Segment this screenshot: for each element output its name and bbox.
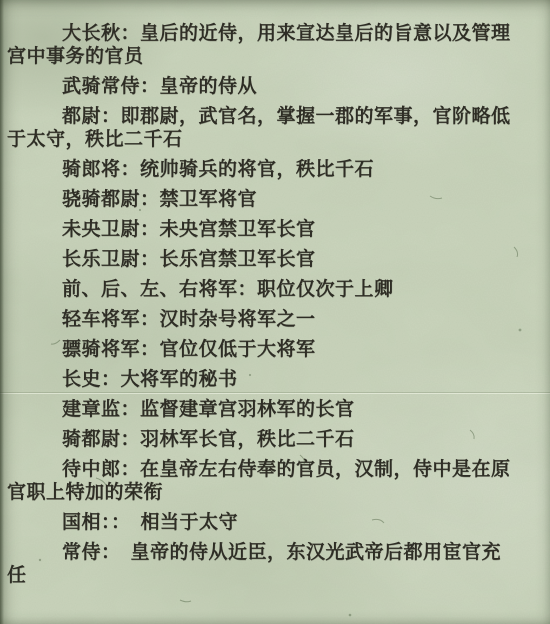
glossary-entry: 待中郎：在皇帝左右侍奉的官员，汉制，侍中是在原 官职上特加的荣衔 xyxy=(7,458,524,504)
glossary-entry: 未央卫尉：未央宫禁卫军长官 xyxy=(7,218,524,241)
glossary-entry: 长史：大将军的秘书 xyxy=(7,368,524,391)
paper-page: 大长秋：皇后的近侍，用来宣达皇后的旨意以及管理 宫中事务的官员 武骑常侍：皇帝的… xyxy=(0,0,550,624)
glossary-entry: 骁骑都尉：禁卫军将官 xyxy=(7,188,524,211)
glossary-entry: 骠骑将军：官位仅低于大将军 xyxy=(7,338,524,361)
glossary-entry: 骑都尉：羽林军长官，秩比二千石 xyxy=(7,428,524,451)
glossary-entry: 长乐卫尉：长乐宫禁卫军长官 xyxy=(7,248,524,271)
glossary-entry: 国相：： 相当于太守 xyxy=(7,511,524,534)
glossary-entry: 大长秋：皇后的近侍，用来宣达皇后的旨意以及管理 宫中事务的官员 xyxy=(7,22,524,68)
glossary-entry: 都尉：即郡尉，武官名，掌握一郡的军事，官阶略低 于太守，秩比二千石 xyxy=(7,105,524,151)
glossary-entry: 轻车将军：汉时杂号将军之一 xyxy=(7,308,524,331)
glossary-entry: 武骑常侍：皇帝的侍从 xyxy=(7,75,524,98)
glossary-entry: 前、后、左、右将军：职位仅次于上卿 xyxy=(7,278,524,301)
glossary-entry: 常侍： 皇帝的侍从近臣，东汉光武帝后都用宦官充 任 xyxy=(7,541,524,587)
glossary-entry: 建章监：监督建章宫羽林军的长官 xyxy=(7,398,524,421)
glossary-content: 大长秋：皇后的近侍，用来宣达皇后的旨意以及管理 宫中事务的官员 武骑常侍：皇帝的… xyxy=(0,0,550,587)
glossary-entry: 骑郎将：统帅骑兵的将官，秩比千石 xyxy=(7,158,524,181)
